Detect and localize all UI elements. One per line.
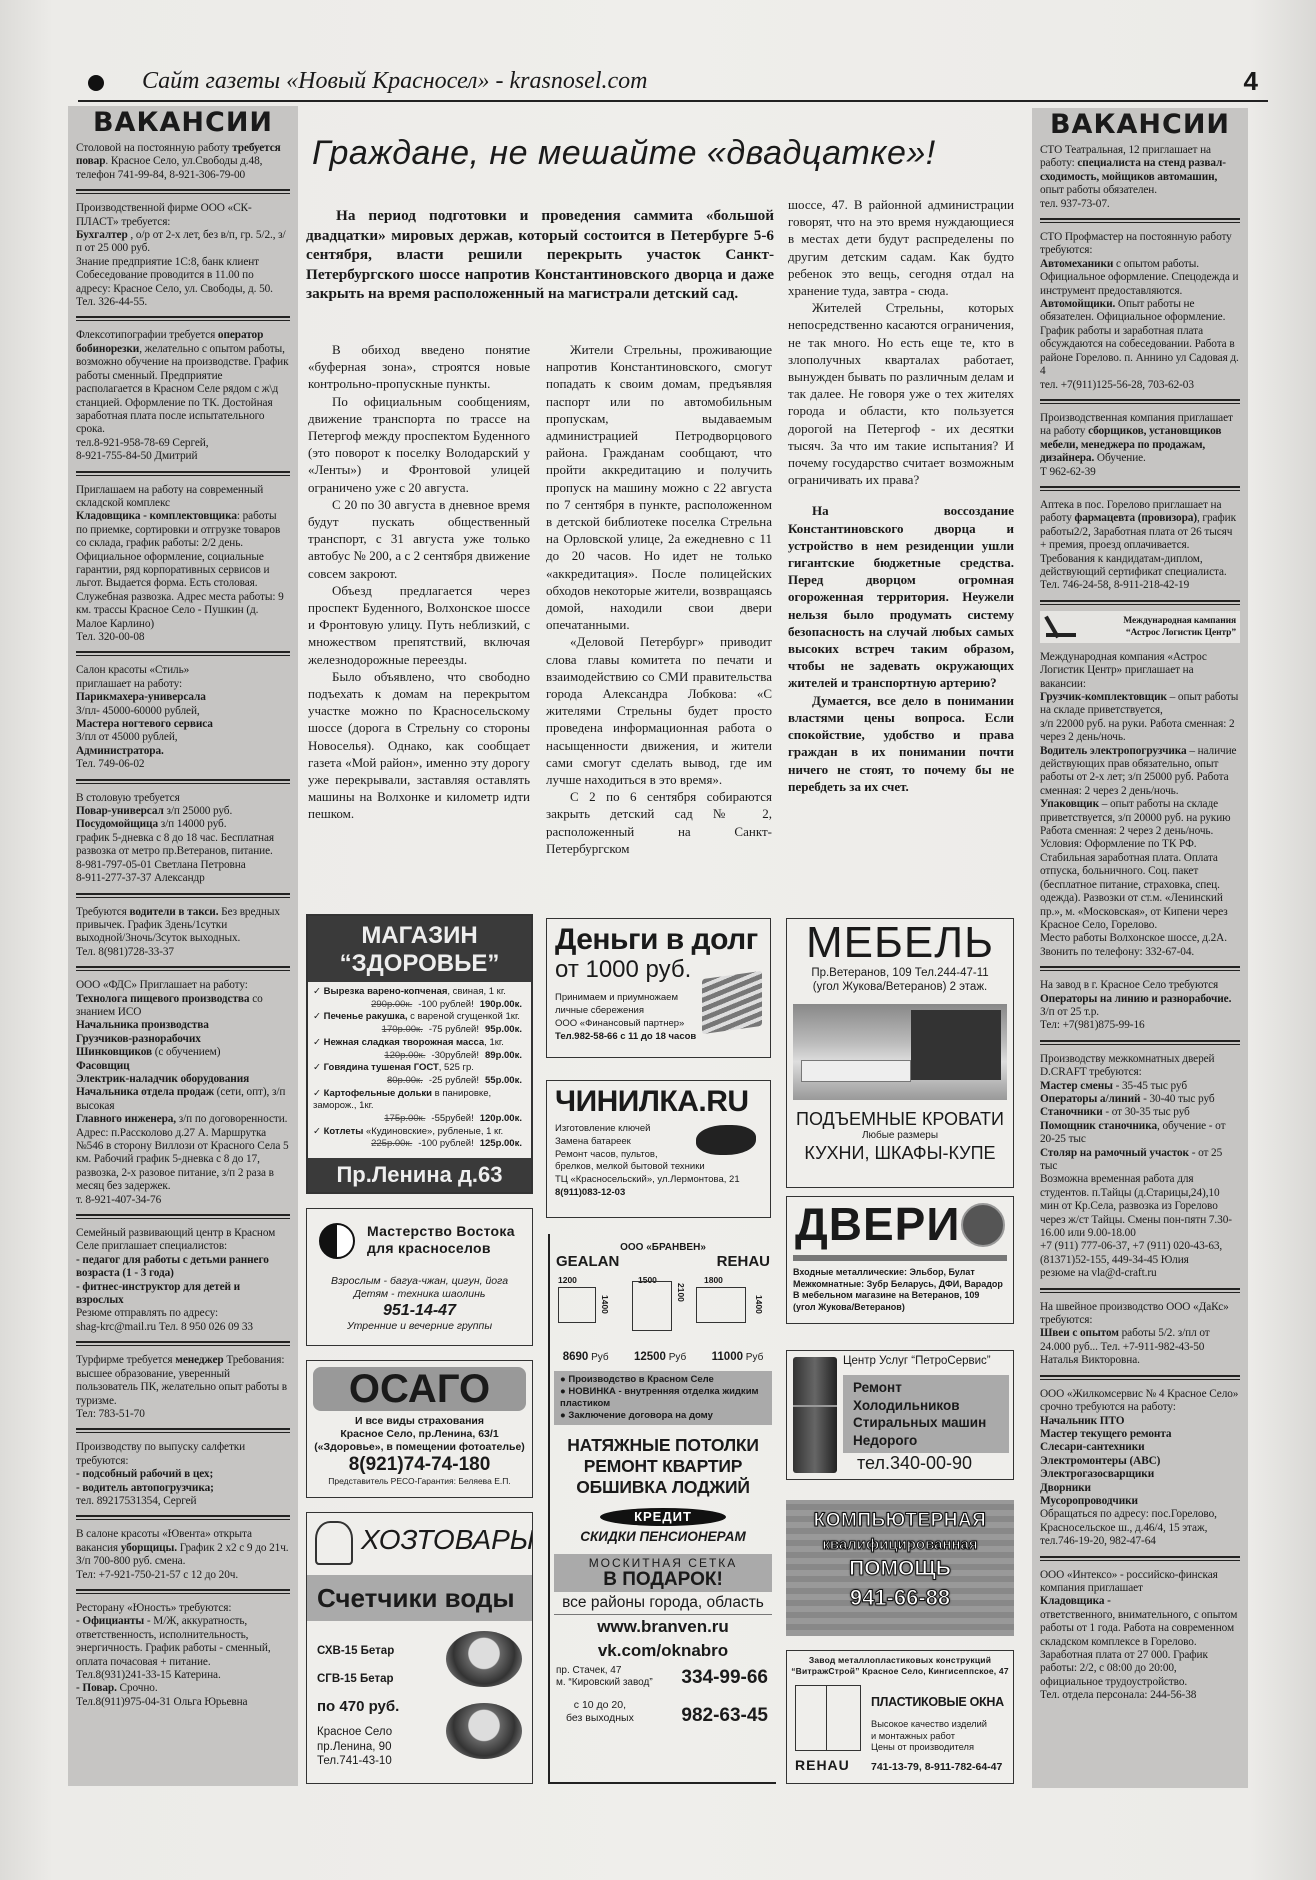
paragraph: «Деловой Петербург» приводит слова главы…	[546, 633, 772, 788]
classified-ad: Производственная компания приглашает на …	[1040, 410, 1240, 484]
discount: -55рубей!	[431, 1113, 473, 1124]
window-prices: 8690 Руб 12500 Руб 11000 Руб	[550, 1351, 776, 1363]
rehau-logo: REHAU	[795, 1757, 850, 1773]
ad-divider	[76, 966, 290, 971]
ad-price: по 470 руб.	[317, 1693, 399, 1721]
ad-phone: тел.340-00-90	[857, 1453, 972, 1474]
logo-line: Международная кампания	[1078, 615, 1236, 627]
window-width: 1800	[704, 1275, 723, 1285]
gift-line: МОСКИТНАЯ СЕТКА	[554, 1556, 772, 1570]
ad-text: Семейный развивающий центр в Красном Сел…	[76, 1227, 290, 1334]
ad-divider	[76, 189, 290, 194]
bullet-icon	[88, 75, 104, 91]
classified-ad: Производственной фирме ООО «СК-ПЛАСТ» тр…	[76, 200, 290, 314]
ad-line: Завод металлопластиковых конструкций	[787, 1655, 1013, 1666]
ad-title: Деньги в долг	[547, 919, 770, 957]
ad-divider	[76, 1428, 290, 1433]
price: 8690 Руб	[563, 1351, 609, 1363]
ad-title: МАГАЗИН “ЗДОРОВЬЕ”	[308, 916, 531, 982]
ad-money-loan: Деньги в долг от 1000 руб. Принимаем и п…	[546, 918, 771, 1058]
ad-line: Взрослым - багуа-чжан, цигун, йога	[307, 1275, 532, 1288]
window-height: 1400	[754, 1295, 764, 1314]
ad-line: ПОДЪЕМНЫЕ КРОВАТИ	[787, 1108, 1013, 1130]
ad-line: В мебельном магазине на Ветеранов, 109	[793, 1290, 1007, 1302]
classified-ad: Ресторану «Юность» требуются:- Официанты…	[76, 1600, 290, 1714]
price-list: ✓ Вырезка варено-копченая, свиная, 1 кг.…	[308, 982, 531, 1155]
ad-divider	[76, 893, 290, 898]
ad-phone: 741-13-79, 8-911-782-64-47	[871, 1761, 1002, 1773]
service: НАТЯЖНЫЕ ПОТОЛКИ	[550, 1435, 776, 1456]
vacancies-title: ВАКАНСИИ	[76, 108, 290, 138]
ad-text: На швейное производство ООО «ДаКс» требу…	[1040, 1301, 1240, 1368]
classified-ad: Приглашаем на работу на современный скла…	[76, 482, 290, 650]
door-window-icon	[632, 1281, 672, 1331]
astros-logo-banner: Международная кампания “Астрос Логистик …	[1040, 611, 1240, 643]
ad-band: Счетчики воды	[307, 1575, 532, 1621]
ad-divider	[76, 1341, 290, 1346]
classified-ad: Производству по выпуску салфетки требуют…	[76, 1439, 290, 1513]
ad-petroservis: Центр Услуг “ПетроСервис” Ремонт Холодил…	[786, 1350, 1014, 1480]
ad-line: («Здоровье», в помещении фотоателье)	[307, 1441, 532, 1454]
ad-line: Любые размеры	[787, 1130, 1013, 1142]
astros-logo-text: Международная кампания “Астрос Логистик …	[1078, 615, 1236, 639]
left-vacancies-column: ВАКАНСИИ Столовой на постоянную работу т…	[68, 106, 298, 1786]
ad-divider	[1040, 966, 1240, 971]
ad-title: ХОЗТОВАРЫ	[361, 1523, 533, 1557]
ad-address: (угол Жукова/Ветеранов) 2 этаж.	[787, 981, 1013, 995]
ad-text: Производству по выпуску салфетки требуют…	[76, 1441, 290, 1508]
hours: с 10 до 20, без выходных	[566, 1699, 634, 1724]
currency: Руб	[746, 1352, 764, 1363]
classified-ad: СТО Театральная, 12 приглашает на работу…	[1040, 142, 1240, 216]
ad-line: ПОМОЩЬ	[786, 1557, 1014, 1581]
paragraph: Жителей Стрельны, которых непосредственн…	[788, 299, 1014, 488]
ad-line: КУХНИ, ШКАФЫ-КУПЕ	[787, 1142, 1013, 1164]
ad-address: Красное Село пр.Ленина, 90 Тел.741-43-10	[317, 1725, 392, 1769]
ad-line: Ремонт	[853, 1379, 999, 1397]
classified-ad: Флексотипографии требуется оператор боби…	[76, 327, 290, 468]
classified-ad: В столовую требуетсяПовар-универсал з/п …	[76, 790, 290, 891]
ad-text: В столовую требуетсяПовар-универсал з/п …	[76, 792, 290, 886]
discount: -30рублей!	[431, 1050, 479, 1061]
ad-details: Входные металлические: Эльбор, Булат Меж…	[787, 1265, 1013, 1315]
new-price: 120р.00к.	[480, 1113, 522, 1124]
window-diagrams: 1200 1400 1500 2100 1800 1400	[550, 1275, 776, 1351]
ad-vitrazhstroy: Завод металлопластиковых конструкций “Ви…	[786, 1650, 1014, 1784]
ad-computer-help: КОМПЬЮТЕРНАЯ квалифицированная ПОМОЩЬ 94…	[786, 1500, 1014, 1636]
paragraph: В обиход введено понятие «буферная зона»…	[308, 341, 530, 393]
ad-title: ЧИНИЛКА.RU	[547, 1081, 770, 1121]
ad-line: Недорого	[853, 1432, 999, 1450]
price-value: 11000	[712, 1351, 743, 1363]
old-price: 225р.00к.	[371, 1138, 412, 1149]
article-headline: Граждане, не мешайте «двадцатке»!	[312, 134, 1012, 173]
ad-text: В салоне красоты «Ювента» открыта ваканс…	[76, 1528, 290, 1582]
item-name: Картофельные дольки	[324, 1088, 432, 1099]
ad-line: Красное Село, пр.Ленина, 63/1	[307, 1428, 532, 1441]
ad-line: и монтажных работ	[871, 1731, 987, 1743]
ad-phone: Тел.982-58-66 с 11 до 18 часов	[555, 1030, 762, 1043]
window-icon	[795, 1685, 861, 1751]
paragraph-bold: Думается, все дело в понимании властями …	[788, 692, 1014, 795]
ad-services: Ремонт Холодильников Стиральных машин Не…	[843, 1375, 1009, 1453]
old-price: 290р.00к.	[371, 999, 412, 1010]
item-name: Вырезка варено-копченая	[324, 986, 448, 997]
ad-title-line: МАГАЗИН	[308, 922, 531, 950]
web-links: www.branven.ru vk.com/oknabro	[550, 1615, 776, 1663]
ad-phone: 951-14-47	[307, 1301, 532, 1320]
paragraph: шоссе, 47. В районной администрации гово…	[788, 196, 1014, 299]
ad-text: На завод в г. Красное Село требуются Опе…	[1040, 979, 1240, 1033]
ad-divider	[1040, 399, 1240, 404]
ad-text: Турфирме требуется менеджер Требования: …	[76, 1354, 290, 1421]
water-meter-icon	[446, 1703, 522, 1759]
ad-chinilka: ЧИНИЛКА.RU Изготовление ключей Замена ба…	[546, 1080, 771, 1218]
ad-title: Центр Услуг “ПетроСервис”	[843, 1355, 991, 1367]
newspaper-page: Сайт газеты «Новый Красносел» - krasnose…	[0, 0, 1316, 1880]
ad-phone: 982-63-45	[681, 1705, 768, 1727]
bullet-list: ● Производство в Красном Селе ● НОВИНКА …	[554, 1371, 772, 1425]
ad-line: Межкомнатные: Зубр Беларусь, ДФИ, Варадо…	[793, 1279, 1007, 1291]
item-name: Нежная сладкая творожная масса	[324, 1037, 485, 1048]
discount: -100 рублей!	[418, 1138, 473, 1149]
water-meter-icon	[446, 1631, 522, 1687]
ad-title: ОСАГО	[313, 1367, 526, 1411]
ad-divider	[1040, 1288, 1240, 1293]
item-name: Печенье ракушка,	[324, 1011, 408, 1022]
ad-phone: 334-99-66	[681, 1667, 768, 1689]
ad-text: Приглашаем на работу на современный скла…	[76, 484, 290, 645]
currency: Руб	[591, 1352, 609, 1363]
ad-text: Производству межкомнатных дверей D.CRAFT…	[1040, 1053, 1240, 1281]
classified-ad: На завод в г. Красное Село требуются Опе…	[1040, 977, 1240, 1038]
currency: Руб	[669, 1352, 687, 1363]
bullet-item: Производство в Красном Селе	[568, 1374, 713, 1385]
company-name: ООО «БРАНВЕН»	[550, 1242, 776, 1253]
pensioner-discount: СКИДКИ ПЕНСИОНЕРАМ	[550, 1528, 776, 1546]
bison-logo-icon	[961, 1203, 1005, 1247]
article-column-1: В обиход введено понятие «буферная зона»…	[308, 341, 530, 823]
ad-mebel: МЕБЕЛЬ Пр.Ветеранов, 109 Тел.244-47-11 (…	[786, 918, 1014, 1188]
ad-text: Флексотипографии требуется оператор боби…	[76, 329, 290, 463]
old-price: 120р.00к.	[384, 1050, 425, 1061]
ad-dveri: ДВЕРИ Входные металлические: Эльбор, Бул…	[786, 1196, 1014, 1324]
ad-martial-arts: Мастерство Востока для красноселов Взрос…	[306, 1208, 533, 1346]
ad-divider	[76, 779, 290, 784]
classified-ad: Международная компания «Астрос Логистик …	[1040, 649, 1240, 964]
new-price: 95р.00к.	[485, 1024, 522, 1035]
ad-address: Пр.Ветеранов, 109 Тел.244-47-11	[787, 967, 1013, 981]
yin-yang-icon	[319, 1223, 355, 1259]
ad-phone: Тел.741-43-10	[317, 1754, 392, 1769]
ad-header: Завод металлопластиковых конструкций “Ви…	[787, 1655, 1013, 1677]
address-line: пр. Стачек, 47	[556, 1665, 653, 1677]
price-value: 8690	[563, 1351, 589, 1363]
ad-line: ТЦ «Красносельский», ул.Лермонтова, 21	[555, 1174, 762, 1187]
ad-text: Столовой на постоянную работу требуется …	[76, 142, 290, 182]
classified-ad: Аптека в пос. Горелово приглашает на раб…	[1040, 497, 1240, 598]
brand-row: GEALAN REHAU	[550, 1253, 776, 1271]
ad-divider	[76, 471, 290, 476]
ad-title: ПЛАСТИКОВЫЕ ОКНА	[871, 1695, 1004, 1709]
hours-line: без выходных	[566, 1712, 634, 1725]
ad-line: Холодильников	[853, 1397, 999, 1415]
old-price: 175р.00к.	[384, 1113, 425, 1124]
page-number: 4	[1244, 66, 1258, 97]
ad-line: Высокое качество изделий	[871, 1719, 987, 1731]
classified-ad: Требуются водители в такси. Без вредных …	[76, 904, 290, 965]
ad-item: СГВ-15 Бетар	[317, 1665, 399, 1693]
ad-text: СТО Театральная, 12 приглашает на работу…	[1040, 144, 1240, 211]
classified-ad: Столовой на постоянную работу требуется …	[76, 140, 290, 187]
ad-details: Взрослым - багуа-чжан, цигун, йога Детям…	[307, 1275, 532, 1333]
price-item: ✓ Нежная сладкая творожная масса, 1кг.12…	[313, 1037, 526, 1062]
classified-ad: Салон красоты «Стиль»приглашает на работ…	[76, 662, 290, 776]
ad-line: (угол Жукова/Ветеранов)	[793, 1302, 1007, 1314]
paragraph: С 2 по 6 сентября собираются закрыть дет…	[546, 788, 772, 857]
bullet-item: НОВИНКА - внутренняя отделка жидким плас…	[560, 1386, 759, 1409]
classified-ad: СТО Профмастер на постоянную работу треб…	[1040, 229, 1240, 397]
website-link[interactable]: www.branven.ru	[550, 1615, 776, 1639]
ad-zdorovye-store: МАГАЗИН “ЗДОРОВЬЕ” ✓ Вырезка варено-копч…	[306, 914, 533, 1194]
car-key-icon	[696, 1125, 756, 1155]
vacancies-title: ВАКАНСИИ	[1040, 110, 1240, 140]
article-lead: На период подготовки и проведения саммит…	[306, 206, 774, 304]
ad-text: Аптека в пос. Горелово приглашает на раб…	[1040, 499, 1240, 593]
window-icon	[558, 1287, 596, 1323]
ad-title-line: Мастерство Востока	[367, 1223, 515, 1240]
ad-text: Салон красоты «Стиль»приглашает на работ…	[76, 664, 290, 771]
ad-line: квалифицированная	[786, 1536, 1014, 1553]
ad-details: И все виды страхования Красное Село, пр.…	[307, 1415, 532, 1454]
paragraph-bold: На воссоздание Константиновского дворца …	[788, 502, 1014, 691]
classified-ad: На швейное производство ООО «ДаКс» требу…	[1040, 1299, 1240, 1373]
ad-divider	[1040, 1556, 1240, 1561]
banknotes-icon	[702, 971, 762, 1034]
brand-gealan: GEALAN	[556, 1253, 619, 1271]
shelf-icon	[911, 1010, 1001, 1080]
paragraph: Объезд предлагается через проспект Буден…	[308, 582, 530, 668]
item-name: Говядина тушеная ГОСТ	[324, 1062, 439, 1073]
ad-line: Красное Село	[317, 1725, 392, 1740]
ad-item: СХВ-15 Бетар	[317, 1637, 399, 1665]
service-areas: все районы города, область	[554, 1592, 772, 1615]
classified-ad: ООО «Жилкомсервис № 4 Красное Село» сроч…	[1040, 1386, 1240, 1554]
astros-logo-icon	[1044, 613, 1078, 641]
article-column-2: Жители Стрельны, проживающие напротив Ко…	[546, 341, 772, 857]
ad-phone: 8(921)74-74-180	[307, 1454, 532, 1476]
ad-text: Ресторану «Юность» требуются:- Официанты…	[76, 1602, 290, 1709]
bed-icon	[801, 1060, 911, 1082]
vk-link[interactable]: vk.com/oknabro	[550, 1639, 776, 1663]
page-header: Сайт газеты «Новый Красносел» - krasnose…	[78, 66, 1268, 102]
price-item: ✓ Котлеты «Кудиновские», рубленые, 1 кг.…	[313, 1126, 526, 1151]
classified-ad: Семейный развивающий центр в Красном Сел…	[76, 1225, 290, 1339]
ad-line: КОМПЬЮТЕРНАЯ	[786, 1510, 1014, 1532]
ad-divider	[1040, 600, 1240, 605]
ad-divider	[76, 316, 290, 321]
address-line: м. “Кировский завод”	[556, 1677, 653, 1689]
ad-details: Высокое качество изделий и монтажных раб…	[871, 1719, 987, 1754]
handyman-icon	[315, 1521, 353, 1565]
right-vacancies-column: ВАКАНСИИ СТО Театральная, 12 приглашает …	[1032, 108, 1248, 1788]
window-width: 1200	[558, 1275, 577, 1285]
service: РЕМОНТ КВАРТИР	[550, 1456, 776, 1477]
gift-line: В ПОДАРОК!	[554, 1570, 772, 1590]
window-height: 2100	[676, 1283, 686, 1302]
new-price: 125р.00к.	[480, 1138, 522, 1149]
site-title: Сайт газеты «Новый Красносел» - krasnose…	[142, 68, 647, 95]
ad-text: Требуются водители в такси. Без вредных …	[76, 906, 290, 960]
ad-line: Утренние и вечерние группы	[307, 1320, 532, 1333]
ad-divider	[76, 651, 290, 656]
price-item: ✓ Картофельные дольки в панировке, замор…	[313, 1088, 526, 1126]
item-name: Котлеты	[324, 1126, 364, 1137]
discount: -25 рублей!	[429, 1075, 479, 1086]
ad-line: Цены от производителя	[871, 1742, 987, 1754]
paragraph: Жители Стрельны, проживающие напротив Ко…	[546, 341, 772, 633]
ad-phone: 941-66-88	[786, 1585, 1014, 1611]
window-height: 1400	[600, 1295, 610, 1314]
ad-items: СХВ-15 Бетар СГВ-15 Бетар по 470 руб.	[317, 1637, 399, 1721]
ad-text: ООО «Жилкомсервис № 4 Красное Село» сроч…	[1040, 1388, 1240, 1549]
price-item: ✓ Вырезка варено-копченая, свиная, 1 кг.…	[313, 986, 526, 1011]
logo-line: “Астрос Логистик Центр”	[1078, 627, 1236, 639]
ad-text: Международная компания «Астрос Логистик …	[1040, 651, 1240, 959]
ad-divider	[1040, 486, 1240, 491]
classified-ad: ООО «ФДС» Приглашает на работу:Технолога…	[76, 977, 290, 1212]
ad-line: Стиральных машин	[853, 1414, 999, 1432]
paragraph: С 20 по 30 августа в дневное время будут…	[308, 496, 530, 582]
left-ads-list: Столовой на постоянную работу требуется …	[76, 140, 290, 1714]
ad-phone: 8(911)083-12-03	[555, 1187, 762, 1200]
ad-text: СТО Профмастер на постоянную работу треб…	[1040, 231, 1240, 392]
price-item: ✓ Говядина тушеная ГОСТ, 525 гр.80р.00к.…	[313, 1062, 526, 1087]
ad-branven: ООО «БРАНВЕН» GEALAN REHAU 1200 1400 150…	[548, 1234, 776, 1784]
ad-divider	[76, 1589, 290, 1594]
ad-line: Представитель РЕСО-Гарантия: Беляева Е.П…	[307, 1476, 532, 1487]
price: 12500 Руб	[634, 1351, 686, 1363]
discount: -100 рублей!	[418, 999, 473, 1010]
ad-osago: ОСАГО И все виды страхования Красное Сел…	[306, 1360, 533, 1498]
price-item: ✓ Печенье ракушка, с вареной сгущенкой 1…	[313, 1011, 526, 1036]
ad-line: Входные металлические: Эльбор, Булат	[793, 1267, 1007, 1279]
ad-text: Производственная компания приглашает на …	[1040, 412, 1240, 479]
new-price: 89р.00к.	[485, 1050, 522, 1061]
fridge-icon	[793, 1357, 837, 1473]
ad-text: Производственной фирме ООО «СК-ПЛАСТ» тр…	[76, 202, 290, 309]
ad-text: ООО «Интексо» - российско-финская компан…	[1040, 1569, 1240, 1703]
ad-line: брелков, мелкой бытовой техники	[555, 1161, 762, 1174]
price-value: 12500	[634, 1351, 666, 1363]
ad-divider	[76, 1214, 290, 1219]
paragraph: Было объявлено, что свободно подъехать к…	[308, 668, 530, 823]
classified-ad: В салоне красоты «Ювента» открыта ваканс…	[76, 1526, 290, 1587]
ad-title-line: “ЗДОРОВЬЕ”	[308, 950, 531, 978]
contacts: пр. Стачек, 47 м. “Кировский завод” 334-…	[550, 1663, 776, 1733]
ad-line: И все виды страхования	[307, 1415, 532, 1428]
window-icon	[696, 1287, 746, 1323]
ad-hoztovary: ХОЗТОВАРЫ Счетчики воды СХВ-15 Бетар СГВ…	[306, 1512, 533, 1784]
gift-banner: МОСКИТНАЯ СЕТКА В ПОДАРОК!	[554, 1554, 772, 1592]
discount: -75 рублей!	[429, 1024, 479, 1035]
ad-divider	[1040, 1375, 1240, 1380]
ad-divider	[1040, 1040, 1240, 1045]
ad-line: “ВитражСтрой” Красное Село, Кингисеппско…	[787, 1666, 1013, 1677]
credit-badge: КРЕДИТ	[600, 1508, 726, 1526]
right-ads-list-top: СТО Театральная, 12 приглашает на работу…	[1040, 142, 1240, 605]
address: пр. Стачек, 47 м. “Кировский завод”	[556, 1665, 653, 1689]
ad-line: пр.Ленина, 90	[317, 1740, 392, 1755]
ad-title: Мастерство Востока для красноселов	[367, 1223, 515, 1257]
article-column-3: шоссе, 47. В районной администрации гово…	[788, 196, 1014, 795]
new-price: 55р.00к.	[485, 1075, 522, 1086]
ad-divider	[76, 1515, 290, 1520]
old-price: 170р.00к.	[382, 1024, 423, 1035]
classified-ad: Турфирме требуется менеджер Требования: …	[76, 1352, 290, 1426]
ad-text: ООО «ФДС» Приглашает на работу:Технолога…	[76, 979, 290, 1207]
ad-line: Детям - техника шаолинь	[307, 1288, 532, 1301]
ad-divider	[1040, 218, 1240, 223]
service: ОБШИВКА ЛОДЖИЙ	[550, 1477, 776, 1498]
bullet-item: Заключение договора на дому	[568, 1410, 712, 1421]
ad-title: МЕБЕЛЬ	[787, 919, 1013, 967]
store-address: Пр.Ленина д.63	[308, 1158, 531, 1192]
new-price: 190р.00к.	[480, 999, 522, 1010]
divider	[793, 1255, 1007, 1261]
brand-rehau: REHAU	[717, 1253, 770, 1271]
classified-ad: ООО «Интексо» - российско-финская компан…	[1040, 1567, 1240, 1708]
bedroom-photo	[793, 1004, 1007, 1100]
ad-title-line: для красноселов	[367, 1240, 515, 1257]
right-ads-list-bottom: Международная компания «Астрос Логистик …	[1040, 649, 1240, 1708]
paragraph: По официальным сообщениям, движение тран…	[308, 393, 530, 496]
price: 11000 Руб	[712, 1351, 764, 1363]
hours-line: с 10 до 20,	[566, 1699, 634, 1712]
old-price: 80р.00к.	[387, 1075, 423, 1086]
classified-ad: Производству межкомнатных дверей D.CRAFT…	[1040, 1051, 1240, 1286]
services-list: НАТЯЖНЫЕ ПОТОЛКИ РЕМОНТ КВАРТИР ОБШИВКА …	[550, 1435, 776, 1498]
